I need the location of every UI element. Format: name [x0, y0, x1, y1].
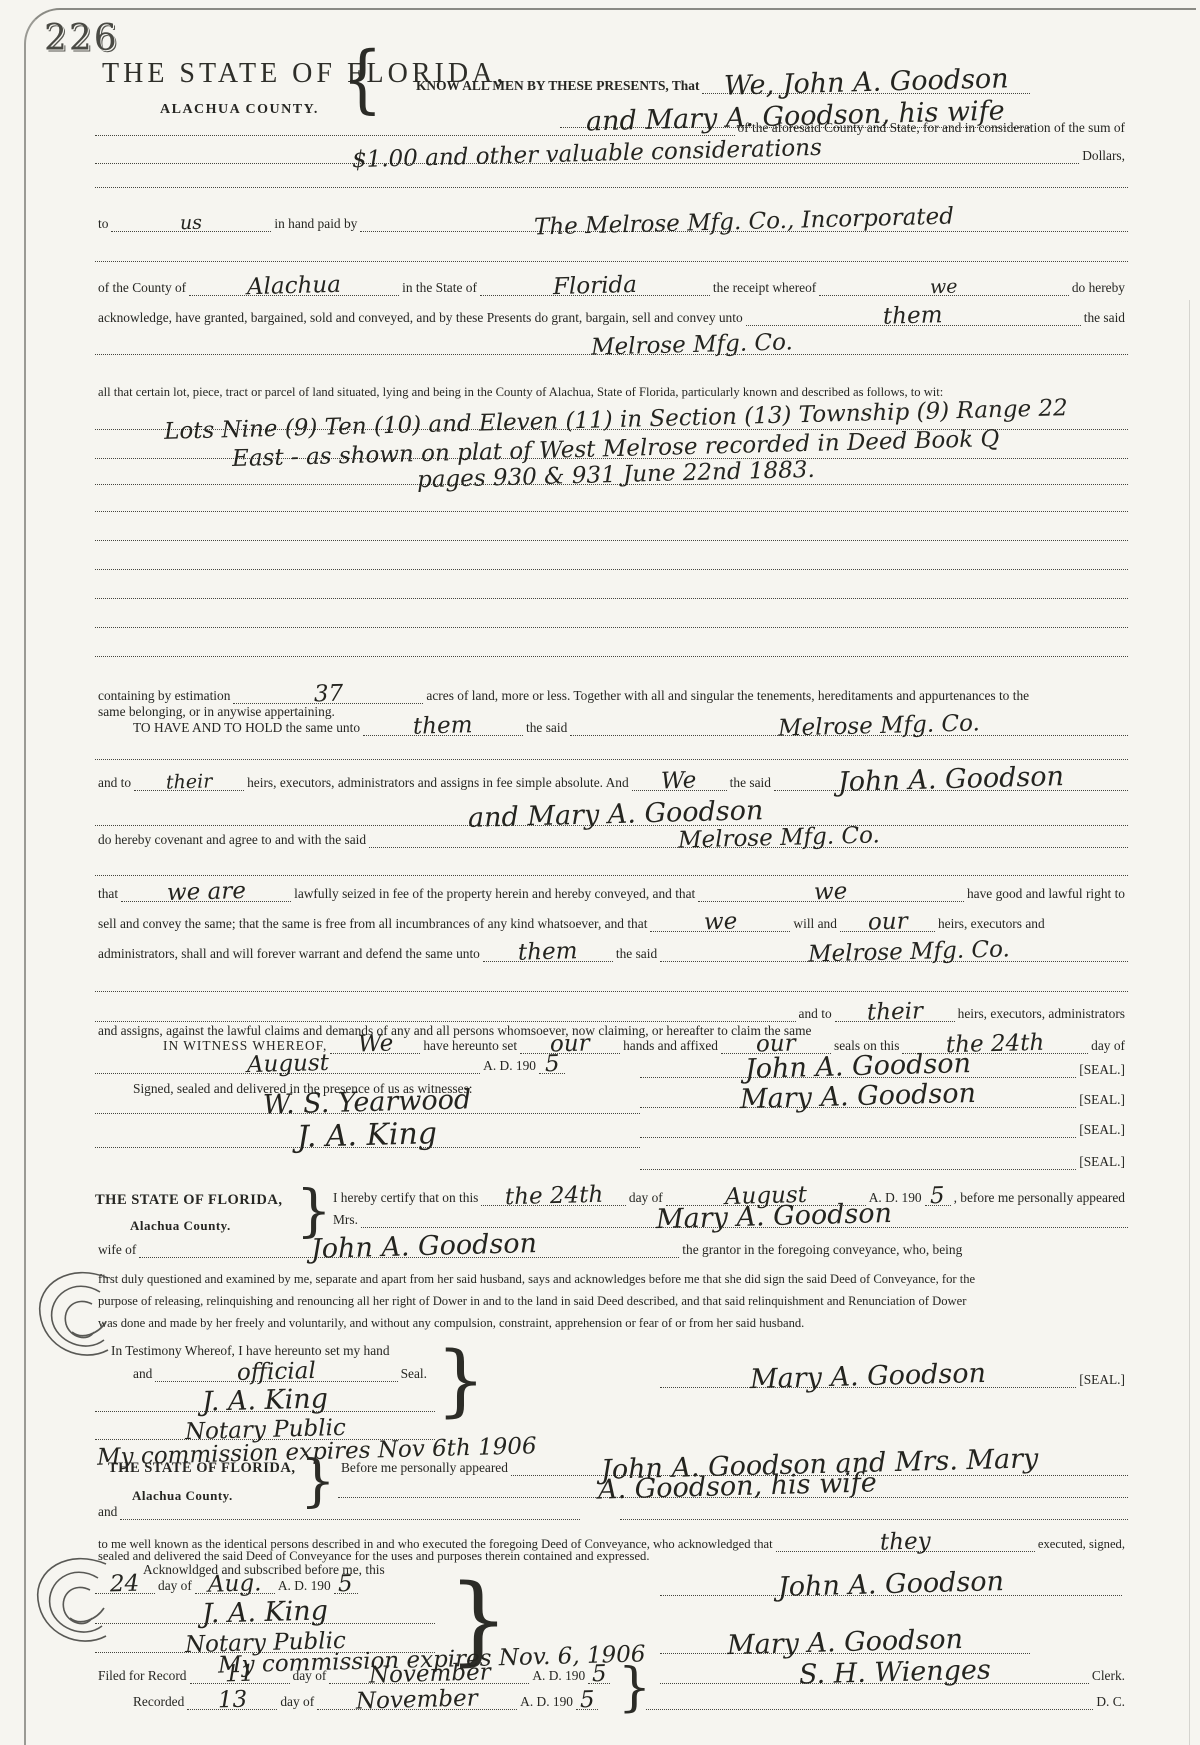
blank-grantors: We, John A. Goodson [702, 69, 1030, 94]
line-day-24: 24 day of Aug. A. D. 190 5 [95, 1570, 435, 1594]
printed-receipt: the receipt whereof [710, 281, 819, 296]
handwritten-description-3: pages 930 & 931 June 22nd 1883. [416, 461, 814, 491]
notary-seal-scribble-2 [26, 1548, 126, 1653]
line-empty [95, 523, 1128, 541]
line-signature-mary-3: Mary A. Goodson [660, 1628, 1030, 1654]
printed-day-of-4: day of [290, 1669, 330, 1684]
blank-desc-3: pages 930 & 931 June 22nd 1883. [95, 463, 1128, 485]
line-official-seal: and official Seal. [130, 1358, 430, 1382]
blank-line [95, 183, 1128, 188]
handwritten-acres: 37 [314, 685, 344, 705]
printed-and-to-2: and to [796, 1007, 835, 1022]
blank-appeared-2: A. Goodson, his wife [338, 1473, 1128, 1498]
handwritten-alachua: Alachua [247, 276, 341, 298]
line-signature-mary: Mary A. Goodson [SEAL.] [640, 1082, 1128, 1108]
blank-year: 5 [539, 1052, 565, 1074]
line-empty [95, 976, 1128, 992]
line-consideration: $1.00 and other valuable considerations … [95, 138, 1128, 164]
printed-wife-of: wife of [95, 1243, 139, 1258]
line-containing: containing by estimation 37 acres of lan… [95, 680, 1128, 704]
clerk-signature-line: S. H. Wienges [660, 1659, 1089, 1684]
printed-first-duly: first duly questioned and examined by me… [95, 1273, 978, 1287]
handwritten-day-13: 13 [217, 1691, 247, 1711]
line-witness-1: W. S. Yearwood [95, 1086, 640, 1114]
line-recorded: Recorded 13 day of November A. D. 190 5 … [130, 1688, 1128, 1710]
handwritten-we-cap: We [661, 772, 697, 792]
printed-ad190: A. D. 190 [480, 1059, 539, 1074]
blank-line [95, 755, 1128, 760]
blank-line [95, 623, 1128, 628]
printed-seal-4: [SEAL.] [1076, 1155, 1128, 1170]
handwritten-sig-john-2: John A. Goodson [778, 1571, 1004, 1600]
page-right-edge [1189, 300, 1190, 1745]
line-know-all: KNOW ALL MEN BY THESE PRESENTS, That We,… [413, 64, 1030, 94]
handwritten-king: J. A. King [202, 1388, 329, 1414]
printed-covenant: do hereby covenant and agree to and with… [95, 833, 369, 848]
signature-line-mary: Mary A. Goodson [640, 1083, 1076, 1108]
blank-year-5: 5 [576, 1688, 598, 1710]
blank-mrs-mary: Mary A. Goodson [361, 1203, 1128, 1228]
handwritten-them-2: them [413, 716, 473, 737]
notary-signature-line-2: J. A. King [95, 1599, 435, 1624]
blank-desc-2: East - as shown on plat of West Melrose … [95, 437, 1128, 459]
printed-day-of-5: day of [277, 1695, 317, 1710]
handwritten-payer: The Melrose Mfg. Co., Incorporated [534, 208, 954, 239]
handwritten-witness-yearwood: W. S. Yearwood [263, 1089, 472, 1117]
blank-seal-4 [640, 1165, 1076, 1170]
blank-aug: Aug. [195, 1572, 275, 1594]
printed-all-that: all that certain lot, piece, tract or pa… [95, 386, 946, 400]
handwritten-we-are: we are [166, 882, 245, 904]
line-signature-john-2: John A. Goodson [660, 1570, 1122, 1596]
handwritten-us: us [180, 215, 202, 232]
blank-line [95, 652, 1128, 657]
printed-the-said: the said [1081, 311, 1128, 326]
handwritten-john-2: John A. Goodson [311, 1233, 537, 1262]
handwritten-melrose-2: Melrose Mfg. Co. [778, 714, 980, 739]
blank-wife-of: John A. Goodson [139, 1233, 679, 1258]
blank-recorded-day: 13 [187, 1688, 277, 1710]
line-empty [95, 552, 1128, 570]
printed-the-said-2: the said [523, 721, 570, 736]
handwritten-witness-king: J. A. King [297, 1121, 438, 1150]
blank-we-are: we are [121, 880, 291, 902]
printed-to-have: TO HAVE AND TO HOLD the same unto [130, 721, 363, 736]
handwritten-we: we [930, 279, 958, 296]
ack1-state-heading: THE STATE OF FLORIDA, [95, 1192, 282, 1209]
printed-the-said-4: the said [613, 947, 660, 962]
handwritten-wienges: S. H. Wienges [798, 1659, 990, 1687]
printed-aforesaid: of the aforesaid County and State, for a… [735, 121, 1129, 136]
printed-filed: Filed for Record [95, 1669, 190, 1684]
printed-seal-5: [SEAL.] [1076, 1373, 1128, 1388]
handwritten-consideration: $1.00 and other valuable considerations [352, 139, 822, 171]
signature-line-john-2: John A. Goodson [660, 1571, 1122, 1596]
blank-payee: us [111, 212, 271, 232]
witness-line-2: J. A. King [95, 1120, 640, 1148]
printed-dollars: Dollars, [1079, 149, 1128, 164]
blank-year-4: 5 [588, 1662, 610, 1684]
line-and-blank: and [95, 1502, 1128, 1520]
line-heirs-2: and to their heirs, executors, administr… [95, 996, 1128, 1022]
printed-mrs: Mrs. [330, 1213, 361, 1228]
printed-fee-simple: heirs, executors, administrators and ass… [244, 776, 632, 791]
signature-line-mary-2: Mary A. Goodson [660, 1363, 1076, 1388]
page-number: 226 [44, 18, 119, 59]
line-was-done: was done and made by her freely and volu… [95, 1316, 1128, 1331]
printed-seal-2: [SEAL.] [1076, 1093, 1128, 1108]
printed-dc: D. C. [1093, 1695, 1128, 1710]
blank-our-3: our [721, 1032, 831, 1054]
printed-seal-word: Seal. [398, 1367, 430, 1382]
blank-we-2: we [698, 880, 964, 902]
handwritten-them: them [883, 306, 943, 327]
blank-we-3: we [650, 910, 790, 932]
printed-day-of-3: day of [155, 1579, 195, 1594]
line-empty [95, 581, 1128, 599]
line-paid-by: to us in hand paid by The Melrose Mfg. C… [95, 204, 1128, 232]
notary-signature-line: J. A. King [95, 1387, 435, 1412]
line-aforesaid: of the aforesaid County and State, for a… [95, 116, 1128, 136]
line-empty [95, 610, 1128, 628]
deed-document-page: 226 THE STATE OF FLORIDA, ALACHUA COUNTY… [0, 0, 1200, 1745]
blank-they: they [776, 1530, 1035, 1552]
blank-receipt: we [819, 276, 1069, 296]
printed-clerk: Clerk. [1089, 1669, 1128, 1684]
printed-seal-3: [SEAL.] [1076, 1123, 1128, 1138]
blank-year-3: 5 [334, 1572, 358, 1594]
blank-line [95, 594, 1128, 599]
blank-payer: The Melrose Mfg. Co., Incorporated [360, 210, 1128, 232]
line-empty [95, 639, 1128, 657]
blank-acres: 37 [233, 682, 423, 704]
line-first-duly: first duly questioned and examined by me… [95, 1272, 1128, 1287]
handwritten-their: their [166, 773, 213, 790]
line-purpose: purpose of releasing, relinquishing and … [95, 1294, 1128, 1309]
blank-line [95, 987, 1128, 992]
line-incumbrances: sell and convey the same; that the same … [95, 904, 1128, 932]
printed-in-state: in the State of [399, 281, 480, 296]
blank-our: our [840, 910, 935, 932]
handwritten-official: official [237, 1362, 316, 1384]
handwritten-day-11: 11 [225, 1665, 255, 1685]
printed-and-2: and [95, 1505, 120, 1520]
line-signature-mary-2: Mary A. Goodson [SEAL.] [660, 1362, 1128, 1388]
blank-seal-3 [640, 1133, 1076, 1138]
blank-filed-day: 11 [190, 1662, 290, 1684]
handwritten-we-2: we [814, 883, 848, 903]
handwritten-aug: Aug. [208, 1574, 262, 1595]
printed-know-all: KNOW ALL MEN BY THESE PRESENTS, That [413, 79, 702, 94]
deputy-signature-line [646, 1705, 1093, 1710]
handwritten-mrs-mary: Mary A. Goodson [656, 1203, 893, 1232]
line-seized: that we are lawfully seized in fee of th… [95, 874, 1128, 902]
signature-line-mary-3: Mary A. Goodson [660, 1629, 1030, 1654]
printed-the-said-3: the said [727, 776, 774, 791]
line-empty [95, 170, 1128, 188]
handwritten-king-2: J. A. King [202, 1600, 329, 1626]
printed-ad190-3: A. D. 190 [275, 1579, 334, 1594]
line-signature-john: John A. Goodson [SEAL.] [640, 1052, 1128, 1078]
handwritten-florida: Florida [553, 276, 637, 298]
notary-seal-scribble-1 [28, 1262, 128, 1367]
blank-official: official [155, 1360, 397, 1382]
printed-do-hereby: do hereby [1069, 281, 1128, 296]
blank-consideration: $1.00 and other valuable considerations [95, 142, 1079, 164]
line-king-sig-2: J. A. King [95, 1598, 435, 1624]
printed-acres: acres of land, more or less. Together wi… [423, 689, 1032, 704]
handwritten-sig-mary-2: Mary A. Goodson [750, 1363, 987, 1392]
witness-line-1: W. S. Yearwood [95, 1089, 640, 1114]
handwritten-sig-john: John A. Goodson [745, 1053, 971, 1082]
line-witness-2: J. A. King [95, 1118, 640, 1148]
blank-line [120, 1515, 580, 1520]
blank-line [95, 507, 1128, 512]
handwritten-sig-mary-3: Mary A. Goodson [727, 1629, 964, 1658]
handwritten-melrose-4: Melrose Mfg. Co. [808, 940, 1010, 965]
blank-state: Florida [480, 274, 710, 296]
printed-lawfully: lawfully seized in fee of the property h… [291, 887, 698, 902]
printed-heirs-exec: heirs, executors and [935, 917, 1048, 932]
handwritten-year-5d: 5 [592, 1665, 607, 1685]
printed-purpose: purpose of releasing, relinquishing and … [95, 1295, 969, 1309]
printed-and-to: and to [95, 776, 134, 791]
printed-testimony: In Testimony Whereof, I have hereunto se… [108, 1344, 393, 1359]
printed-warrant: administrators, shall and will forever w… [95, 947, 483, 962]
line-covenant: do hereby covenant and agree to and with… [95, 822, 1128, 848]
printed-containing: containing by estimation [95, 689, 233, 704]
blank-grantee-4: Melrose Mfg. Co. [660, 940, 1128, 962]
line-august: August A. D. 190 5 [95, 1050, 565, 1074]
line-notary-public: Notary Public [95, 1414, 435, 1440]
printed-to: to [95, 217, 111, 232]
blank-line [95, 131, 735, 136]
blank-unto: them [746, 304, 1081, 326]
blank-their: their [134, 771, 244, 791]
line-appeared-2: A. Goodson, his wife [338, 1472, 1128, 1498]
blank-grantee-3: Melrose Mfg. Co. [369, 826, 1128, 848]
handwritten-november-2: November [356, 1689, 478, 1712]
line-filed: Filed for Record 11 day of November A. D… [95, 1662, 1128, 1684]
line-heirs: and to their heirs, executors, administr… [95, 764, 1128, 791]
printed-of-county: of the County of [95, 281, 189, 296]
ack2-state-heading: THE STATE OF FLORIDA, [108, 1460, 295, 1477]
line-seal-3: [SEAL.] [640, 1112, 1128, 1138]
handwritten-melrose-3: Melrose Mfg. Co. [677, 826, 879, 851]
printed-good-right: have good and lawful right to [964, 887, 1128, 902]
handwritten-year-5c: 5 [338, 1575, 353, 1595]
printed-was-done: was done and made by her freely and volu… [95, 1317, 807, 1331]
blank-unto-2: them [363, 714, 523, 736]
handwritten-them-3: them [518, 942, 578, 963]
blank-line [620, 1515, 1128, 1520]
printed-heirs-admin: heirs, executors, administrators [955, 1007, 1128, 1022]
line-warrant: administrators, shall and will forever w… [95, 934, 1128, 962]
line-testimony: In Testimony Whereof, I have hereunto se… [108, 1344, 600, 1359]
blank-recorded-month: November [317, 1688, 517, 1710]
line-acknowledge: acknowledge, have granted, bargained, so… [95, 298, 1128, 326]
line-description-2: East - as shown on plat of West Melrose … [95, 431, 1128, 459]
handwritten-august: August [246, 1054, 328, 1076]
brace-testimony: } [436, 1342, 486, 1420]
line-mrs-mary: Mrs. Mary A. Goodson [330, 1202, 1128, 1228]
line-to-have: TO HAVE AND TO HOLD the same unto them t… [130, 710, 1128, 736]
blank-filed-month: November [329, 1662, 529, 1684]
line-description-3: pages 930 & 931 June 22nd 1883. [95, 459, 1128, 485]
blank-grantee: Melrose Mfg. Co. [95, 333, 1128, 355]
handwritten-sig-mary: Mary A. Goodson [740, 1083, 977, 1112]
signature-line-john: John A. Goodson [640, 1053, 1076, 1078]
printed-sell-convey: sell and convey the same; that the same … [95, 917, 650, 932]
handwritten-year-5: 5 [544, 1055, 559, 1075]
handwritten-november-1: November [368, 1663, 490, 1686]
handwritten-melrose: Melrose Mfg. Co. [590, 333, 792, 358]
handwritten-their-2: their [866, 1002, 923, 1023]
printed-ad190-4: A. D. 190 [529, 1669, 588, 1684]
printed-seal-1: [SEAL.] [1076, 1063, 1128, 1078]
handwritten-our: our [867, 912, 907, 933]
blank-their-2: their [835, 1000, 955, 1022]
blank-august: August [95, 1052, 480, 1074]
line-county-state: of the County of Alachua in the State of… [95, 268, 1128, 296]
blank-line [95, 536, 1128, 541]
printed-grantor-being: the grantor in the foregoing conveyance,… [679, 1243, 965, 1258]
line-empty [95, 744, 1128, 760]
blank-county: Alachua [189, 274, 399, 296]
line-king-sig: J. A. King [95, 1384, 435, 1412]
printed-ad190-5: A. D. 190 [517, 1695, 576, 1710]
printed-in-hand: in hand paid by [271, 217, 360, 232]
handwritten-john: John A. Goodson [838, 766, 1064, 795]
line-empty [95, 494, 1128, 512]
line-empty [95, 246, 1128, 262]
blank-we: We [632, 769, 727, 791]
brace-header: { [342, 43, 383, 117]
handwritten-we-3: we [704, 913, 738, 933]
line-grantee: Melrose Mfg. Co. [95, 326, 1128, 355]
handwritten-appeared-2: A. Goodson, his wife [597, 1472, 876, 1502]
blank-john: John A. Goodson [774, 766, 1128, 791]
printed-recorded: Recorded [130, 1695, 187, 1710]
handwritten-grantors-1: We, John A. Goodson [724, 68, 1009, 98]
line-seal-4: [SEAL.] [640, 1144, 1128, 1170]
blank-line [95, 257, 1128, 262]
blank-them-3: them [483, 940, 613, 962]
printed-will-and: will and [790, 917, 840, 932]
line-wife-of: wife of John A. Goodson the grantor in t… [95, 1232, 1128, 1258]
blank-line [95, 1017, 796, 1022]
printed-that: that [95, 887, 121, 902]
blank-grantee-2: Melrose Mfg. Co. [570, 714, 1128, 736]
printed-acknowledge: acknowledge, have granted, bargained, so… [95, 311, 746, 326]
blank-line [95, 565, 1128, 570]
handwritten-year-5e: 5 [579, 1691, 594, 1711]
printed-and: and [130, 1367, 155, 1382]
